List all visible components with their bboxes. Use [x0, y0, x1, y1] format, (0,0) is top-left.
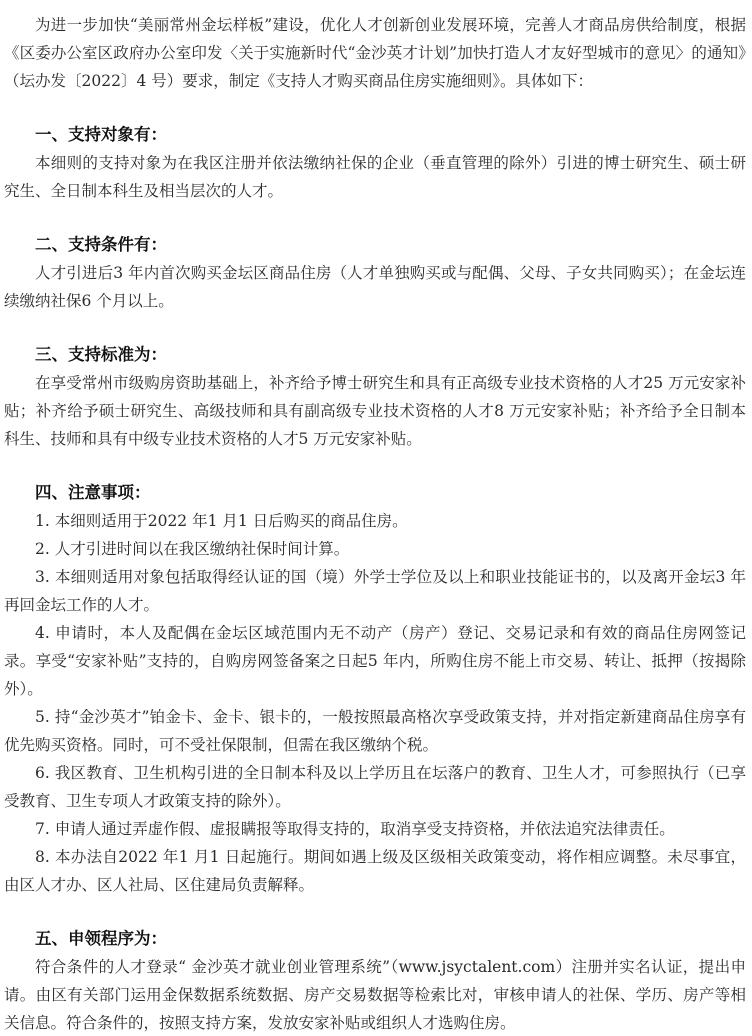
notice-item-3: 3. 本细则适用对象包括取得经认证的国（境）外学士学位及以上和职业技能证书的，以… — [4, 563, 746, 619]
document-page: 为进一步加快“美丽常州金坛样板”建设，优化人才创新创业发展环境，完善人才商品房供… — [0, 0, 752, 1036]
section-1-paragraph: 本细则的支持对象为在我区注册并依法缴纳社保的企业（垂直管理的除外）引进的博士研究… — [4, 149, 746, 205]
notice-item-1: 1. 本细则适用于2022 年1 月1 日后购买的商品住房。 — [4, 507, 746, 535]
section-3-paragraph: 在享受常州市级购房资助基础上，补齐给予博士研究生和具有正高级专业技术资格的人才2… — [4, 369, 746, 453]
section-5-heading: 五、申领程序为： — [4, 925, 746, 953]
section-2-heading: 二、支持条件有： — [4, 231, 746, 259]
notice-item-8: 8. 本办法自2022 年1 月1 日起施行。期间如遇上级及区级相关政策变动，将… — [4, 843, 746, 899]
section-4-heading: 四、注意事项： — [4, 479, 746, 507]
notice-item-5: 5. 持“金沙英才”铂金卡、金卡、银卡的，一般按照最高格次享受政策支持，并对指定… — [4, 703, 746, 759]
section-5-paragraph: 符合条件的人才登录“ 金沙英才就业创业管理系统”（www.jsyctalent.… — [4, 953, 746, 1036]
section-3-heading: 三、支持标准为： — [4, 341, 746, 369]
intro-paragraph: 为进一步加快“美丽常州金坛样板”建设，优化人才创新创业发展环境，完善人才商品房供… — [4, 11, 746, 95]
notice-item-4: 4. 申请时，本人及配偶在金坛区域范围内无不动产（房产）登记、交易记录和有效的商… — [4, 619, 746, 703]
section-2-paragraph: 人才引进后3 年内首次购买金坛区商品住房（人才单独购买或与配偶、父母、子女共同购… — [4, 259, 746, 315]
notice-item-6: 6. 我区教育、卫生机构引进的全日制本科及以上学历且在坛落户的教育、卫生人才，可… — [4, 759, 746, 815]
section-1-heading: 一、支持对象有： — [4, 121, 746, 149]
notice-item-2: 2. 人才引进时间以在我区缴纳社保时间计算。 — [4, 535, 746, 563]
notice-item-7: 7. 申请人通过弄虚作假、虚报瞒报等取得支持的，取消享受支持资格，并依法追究法律… — [4, 815, 746, 843]
